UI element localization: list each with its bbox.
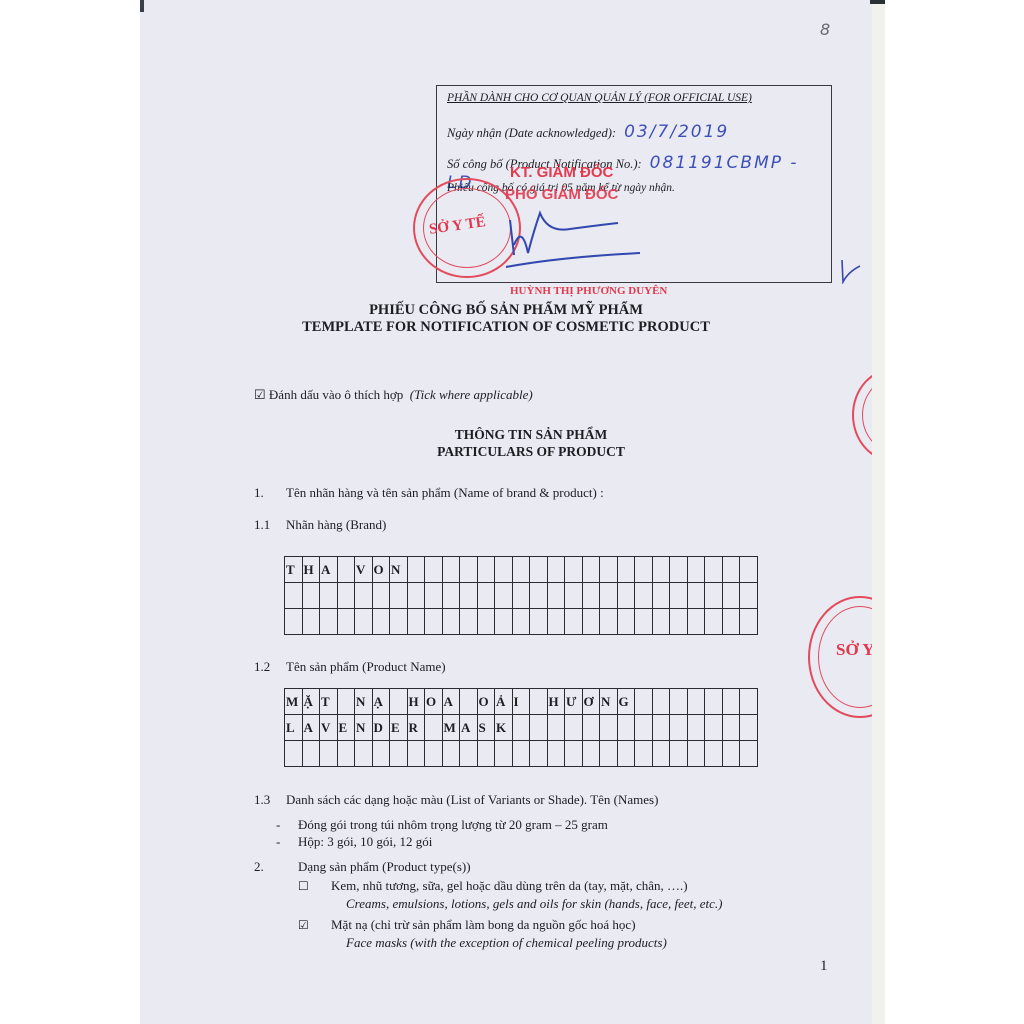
variant-item: -Đóng gói trong túi nhôm trọng lượng từ … (276, 817, 608, 833)
grid-cell (618, 715, 636, 741)
grid-cell (635, 741, 653, 767)
grid-cell (618, 583, 636, 609)
grid-cell (425, 715, 443, 741)
grid-cell: N (355, 689, 373, 715)
grid-cell (285, 609, 303, 635)
unchecked-box-icon: ☐ (298, 879, 331, 893)
grid-cell: Ư (565, 689, 583, 715)
grid-cell (513, 715, 531, 741)
page-number: 1 (820, 958, 828, 975)
grid-cell: T (285, 557, 303, 583)
grid-cell: H (303, 557, 321, 583)
grid-cell (635, 583, 653, 609)
item-number: 1. (254, 485, 286, 501)
item-1-2: 1.2Tên sản phẩm (Product Name) (254, 659, 446, 675)
grid-cell (635, 689, 653, 715)
grid-cell (373, 609, 391, 635)
item-1: 1.Tên nhãn hàng và tên sản phẩm (Name of… (254, 485, 604, 501)
signature-icon (500, 205, 670, 275)
edge-seal-stamp: SỞ Y TẾ (808, 596, 872, 718)
grid-cell (408, 583, 426, 609)
grid-cell (548, 715, 566, 741)
signatory-name: HUỲNH THỊ PHƯƠNG DUYÊN (510, 285, 667, 297)
checked-box-icon: ☑ (298, 918, 331, 932)
grid-cell: A (443, 689, 461, 715)
grid-cell (513, 609, 531, 635)
grid-cell (320, 609, 338, 635)
grid-cell (670, 741, 688, 767)
grid-cell (618, 741, 636, 767)
grid-cell (513, 741, 531, 767)
item-number: 1.1 (254, 517, 286, 533)
grid-cell (320, 741, 338, 767)
grid-cell: H (548, 689, 566, 715)
grid-cell (705, 741, 723, 767)
grid-cell (355, 583, 373, 609)
grid-cell (618, 557, 636, 583)
grid-cell: G (618, 689, 636, 715)
grid-cell (705, 715, 723, 741)
grid-cell (338, 741, 356, 767)
grid-cell: N (390, 557, 408, 583)
grid-cell: R (408, 715, 426, 741)
item-label: Nhãn hàng (Brand) (286, 517, 386, 532)
grid-cell (740, 557, 758, 583)
option-label-vi: Kem, nhũ tương, sữa, gel hoặc dầu dùng t… (331, 878, 688, 893)
brand-letter-grid: THAVON (284, 556, 758, 635)
section-title-vi: THÔNG TIN SẢN PHẨM (140, 427, 872, 443)
grid-cell (408, 741, 426, 767)
official-use-title: PHẦN DÀNH CHO CƠ QUAN QUẢN LÝ (FOR OFFIC… (447, 92, 752, 104)
grid-cell: D (373, 715, 391, 741)
item-label: Dạng sản phẩm (Product type(s)) (298, 859, 471, 874)
item-number: 1.2 (254, 659, 286, 675)
grid-cell (583, 715, 601, 741)
grid-cell (460, 557, 478, 583)
grid-cell (600, 557, 618, 583)
grid-cell: O (373, 557, 391, 583)
grid-cell (723, 689, 741, 715)
page-edge-strip (872, 0, 885, 1024)
grid-cell (583, 741, 601, 767)
grid-cell (425, 583, 443, 609)
grid-cell (670, 689, 688, 715)
grid-cell (618, 609, 636, 635)
grid-cell (565, 715, 583, 741)
grid-cell (670, 609, 688, 635)
grid-cell (740, 609, 758, 635)
grid-cell (460, 741, 478, 767)
grid-cell (705, 583, 723, 609)
grid-cell (495, 557, 513, 583)
grid-cell: Ạ (373, 689, 391, 715)
grid-cell: I (513, 689, 531, 715)
grid-cell: L (285, 715, 303, 741)
grid-cell (495, 583, 513, 609)
grid-cell (688, 609, 706, 635)
grid-cell: V (320, 715, 338, 741)
grid-cell (303, 583, 321, 609)
option-label-en: Creams, emulsions, lotions, gels and oil… (346, 896, 722, 912)
grid-cell (565, 557, 583, 583)
grid-cell (478, 557, 496, 583)
grid-cell: K (495, 715, 513, 741)
grid-cell (740, 583, 758, 609)
handwritten-tick-icon (838, 258, 862, 284)
grid-cell (600, 583, 618, 609)
grid-cell (425, 557, 443, 583)
tick-instruction-en: (Tick where applicable) (410, 387, 533, 402)
grid-cell: M (443, 715, 461, 741)
grid-cell: A (303, 715, 321, 741)
grid-cell (408, 609, 426, 635)
grid-cell (513, 583, 531, 609)
grid-cell (303, 609, 321, 635)
item-1-3: 1.3Danh sách các dạng hoặc màu (List of … (254, 792, 658, 808)
grid-cell (548, 741, 566, 767)
grid-cell (688, 715, 706, 741)
tick-instruction: ☑ Đánh dấu vào ô thích hợp (Tick where a… (254, 387, 533, 403)
signatory-title-1: KT. GIÁM ĐỐC (510, 164, 613, 181)
grid-cell (705, 689, 723, 715)
option-label-en: Face masks (with the exception of chemic… (346, 935, 667, 951)
grid-cell (740, 689, 758, 715)
grid-cell (460, 609, 478, 635)
grid-cell (583, 583, 601, 609)
grid-cell (740, 741, 758, 767)
grid-cell (583, 609, 601, 635)
grid-cell (600, 609, 618, 635)
grid-cell (565, 583, 583, 609)
grid-cell (338, 689, 356, 715)
grid-cell: M (285, 689, 303, 715)
scanner-edge (140, 0, 144, 12)
item-1-1: 1.1Nhãn hàng (Brand) (254, 517, 386, 533)
product-type-option-face-masks: ☑Mặt nạ (chỉ trừ sản phẩm làm bong da ng… (298, 917, 636, 933)
grid-cell (443, 583, 461, 609)
grid-cell (443, 741, 461, 767)
grid-cell (688, 583, 706, 609)
grid-cell (600, 741, 618, 767)
grid-cell (443, 557, 461, 583)
grid-cell (548, 557, 566, 583)
grid-cell (478, 609, 496, 635)
grid-cell (495, 609, 513, 635)
item-number: 2. (254, 859, 298, 875)
grid-cell (373, 583, 391, 609)
grid-cell (425, 741, 443, 767)
grid-cell (320, 583, 338, 609)
grid-cell (565, 609, 583, 635)
checked-box-icon: ☑ (254, 387, 266, 402)
document-title-en: TEMPLATE FOR NOTIFICATION OF COSMETIC PR… (140, 319, 872, 336)
grid-cell: S (478, 715, 496, 741)
grid-cell (478, 583, 496, 609)
document-page: 8 PHẦN DÀNH CHO CƠ QUAN QUẢN LÝ (FOR OFF… (140, 0, 872, 1024)
grid-cell (705, 609, 723, 635)
item-label: Danh sách các dạng hoặc màu (List of Var… (286, 792, 658, 807)
grid-cell (723, 609, 741, 635)
grid-cell: E (390, 715, 408, 741)
pencil-page-mark: 8 (820, 20, 830, 39)
grid-cell (740, 715, 758, 741)
grid-cell (548, 583, 566, 609)
item-2: 2.Dạng sản phẩm (Product type(s)) (254, 859, 471, 875)
grid-cell (390, 689, 408, 715)
grid-cell (723, 715, 741, 741)
grid-cell (355, 609, 373, 635)
grid-cell (443, 609, 461, 635)
grid-cell: O (478, 689, 496, 715)
grid-cell (653, 609, 671, 635)
grid-cell (495, 741, 513, 767)
grid-cell (355, 741, 373, 767)
grid-cell (670, 715, 688, 741)
grid-cell (390, 741, 408, 767)
grid-cell (688, 557, 706, 583)
grid-cell: N (600, 689, 618, 715)
grid-cell (670, 583, 688, 609)
grid-cell (338, 557, 356, 583)
variant-text: Hộp: 3 gói, 10 gói, 12 gói (298, 834, 432, 849)
grid-cell: E (338, 715, 356, 741)
product-type-option-creams: ☐Kem, nhũ tương, sữa, gel hoặc dầu dùng … (298, 878, 688, 894)
grid-cell (635, 609, 653, 635)
tick-instruction-vi: Đánh dấu vào ô thích hợp (269, 387, 403, 402)
grid-cell (425, 609, 443, 635)
option-label-vi: Mặt nạ (chỉ trừ sản phẩm làm bong da ngu… (331, 917, 636, 932)
grid-cell (338, 609, 356, 635)
variant-text: Đóng gói trong túi nhôm trọng lượng từ 2… (298, 817, 608, 832)
grid-cell (723, 741, 741, 767)
grid-cell: T (320, 689, 338, 715)
item-label: Tên nhãn hàng và tên sản phẩm (Name of b… (286, 485, 604, 500)
grid-cell (338, 583, 356, 609)
grid-cell (723, 583, 741, 609)
grid-cell (583, 557, 601, 583)
grid-cell (688, 689, 706, 715)
grid-cell (530, 689, 548, 715)
grid-cell (653, 557, 671, 583)
grid-cell (565, 741, 583, 767)
document-title-vi: PHIẾU CÔNG BỐ SẢN PHẨM MỸ PHẨM (140, 302, 872, 319)
grid-cell (705, 557, 723, 583)
grid-cell (653, 689, 671, 715)
grid-cell (653, 715, 671, 741)
grid-cell: O (425, 689, 443, 715)
grid-cell: Ơ (583, 689, 601, 715)
variant-item: -Hộp: 3 gói, 10 gói, 12 gói (276, 834, 432, 850)
grid-cell (390, 583, 408, 609)
signatory-title-2: PHÓ GIÁM ĐỐC (505, 186, 618, 203)
grid-cell (530, 715, 548, 741)
grid-cell (723, 557, 741, 583)
grid-cell: Ả (495, 689, 513, 715)
grid-cell (530, 583, 548, 609)
grid-cell (653, 583, 671, 609)
grid-cell (303, 741, 321, 767)
grid-cell (285, 583, 303, 609)
grid-cell (600, 715, 618, 741)
grid-cell (530, 609, 548, 635)
grid-cell (530, 557, 548, 583)
item-number: 1.3 (254, 792, 286, 808)
grid-cell (653, 741, 671, 767)
grid-cell (408, 557, 426, 583)
grid-cell (460, 689, 478, 715)
grid-cell (635, 715, 653, 741)
grid-cell (460, 583, 478, 609)
grid-cell (688, 741, 706, 767)
grid-cell (530, 741, 548, 767)
grid-cell: A (460, 715, 478, 741)
date-acknowledged-row: Ngày nhận (Date acknowledged):03/7/2019 (447, 122, 729, 142)
grid-cell: Ặ (303, 689, 321, 715)
grid-cell (513, 557, 531, 583)
grid-cell (285, 741, 303, 767)
grid-cell: A (320, 557, 338, 583)
seal-authority-text: SỞ Y TẾ (836, 640, 872, 660)
grid-cell (478, 741, 496, 767)
grid-cell: H (408, 689, 426, 715)
product-name-letter-grid: MẶTNẠHOAOẢIHƯƠNGLAVENDERMASK (284, 688, 758, 767)
grid-cell: V (355, 557, 373, 583)
date-acknowledged-value: 03/7/2019 (624, 122, 729, 142)
grid-cell (548, 609, 566, 635)
date-acknowledged-label: Ngày nhận (Date acknowledged): (447, 126, 616, 140)
grid-cell: N (355, 715, 373, 741)
item-label: Tên sản phẩm (Product Name) (286, 659, 446, 674)
scanner-edge (870, 0, 885, 4)
section-title-en: PARTICULARS OF PRODUCT (140, 444, 872, 460)
grid-cell (670, 557, 688, 583)
grid-cell (373, 741, 391, 767)
grid-cell (635, 557, 653, 583)
grid-cell (390, 609, 408, 635)
seal-authority-text: SỞ Y TẾ (428, 214, 487, 239)
